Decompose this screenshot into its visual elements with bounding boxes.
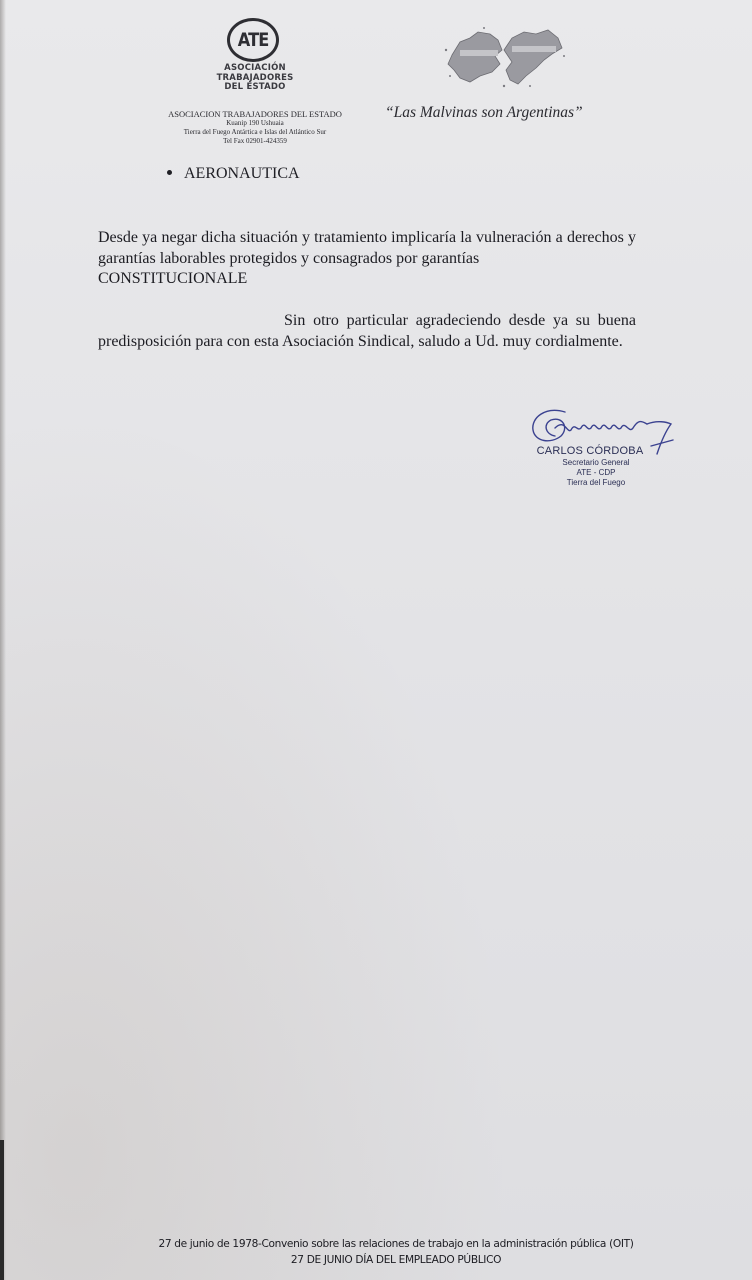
paragraph-1-main: Desde ya negar dicha situación y tratami… bbox=[98, 229, 636, 267]
letterhead-address: ASOCIACION TRABAJADORES DEL ESTADO Kuani… bbox=[150, 109, 360, 145]
bullet-item-text: AERONAUTICA bbox=[184, 165, 300, 182]
ate-logo-icon: ATE bbox=[227, 18, 279, 62]
signer-name: CARLOS CÓRDOBA bbox=[530, 445, 650, 458]
signer-title: Secretario General bbox=[542, 458, 650, 468]
malvinas-islands-map-icon bbox=[440, 20, 570, 95]
address-street: Kuanip 190 Ushuaia bbox=[150, 119, 360, 128]
signer-location: Tierra del Fuego bbox=[542, 478, 650, 488]
document-page bbox=[0, 0, 752, 1280]
address-phone: Tel Fax 02901-424359 bbox=[150, 137, 360, 146]
footer-line-2: 27 DE JUNIO DÍA DEL EMPLEADO PÚBLICO bbox=[60, 1252, 732, 1268]
paragraph-2-text: Sin otro particular agradeciendo desde y… bbox=[98, 312, 636, 350]
address-org-name: ASOCIACION TRABAJADORES DEL ESTADO bbox=[150, 109, 360, 119]
footer-line-1: 27 de junio de 1978-Convenio sobre las r… bbox=[60, 1236, 732, 1252]
paragraph-2: Sin otro particular agradeciendo desde y… bbox=[98, 311, 636, 352]
paragraph-1-last-line: CONSTITUCIONALE bbox=[98, 269, 636, 290]
logo-name-line: DEL ESTADO bbox=[205, 83, 305, 93]
ate-logo-name: ASOCIACIÓN TRABAJADORES DEL ESTADO bbox=[205, 64, 305, 93]
ate-logo-text: ATE bbox=[238, 29, 269, 51]
signature-block: CARLOS CÓRDOBA Secretario General ATE - … bbox=[530, 445, 650, 488]
page-edge-background bbox=[0, 1140, 4, 1280]
bullet-icon bbox=[167, 170, 172, 175]
page-edge-shadow bbox=[0, 0, 6, 1280]
paragraph-1: Desde ya negar dicha situación y tratami… bbox=[98, 228, 636, 290]
address-region: Tierra del Fuego Antártica e Islas del A… bbox=[150, 128, 360, 137]
signer-organization: ATE - CDP bbox=[542, 468, 650, 478]
slogan: “Las Malvinas son Argentinas” bbox=[385, 104, 583, 122]
bullet-list-item: AERONAUTICA bbox=[167, 165, 300, 183]
page-footer: 27 de junio de 1978-Convenio sobre las r… bbox=[60, 1236, 732, 1268]
